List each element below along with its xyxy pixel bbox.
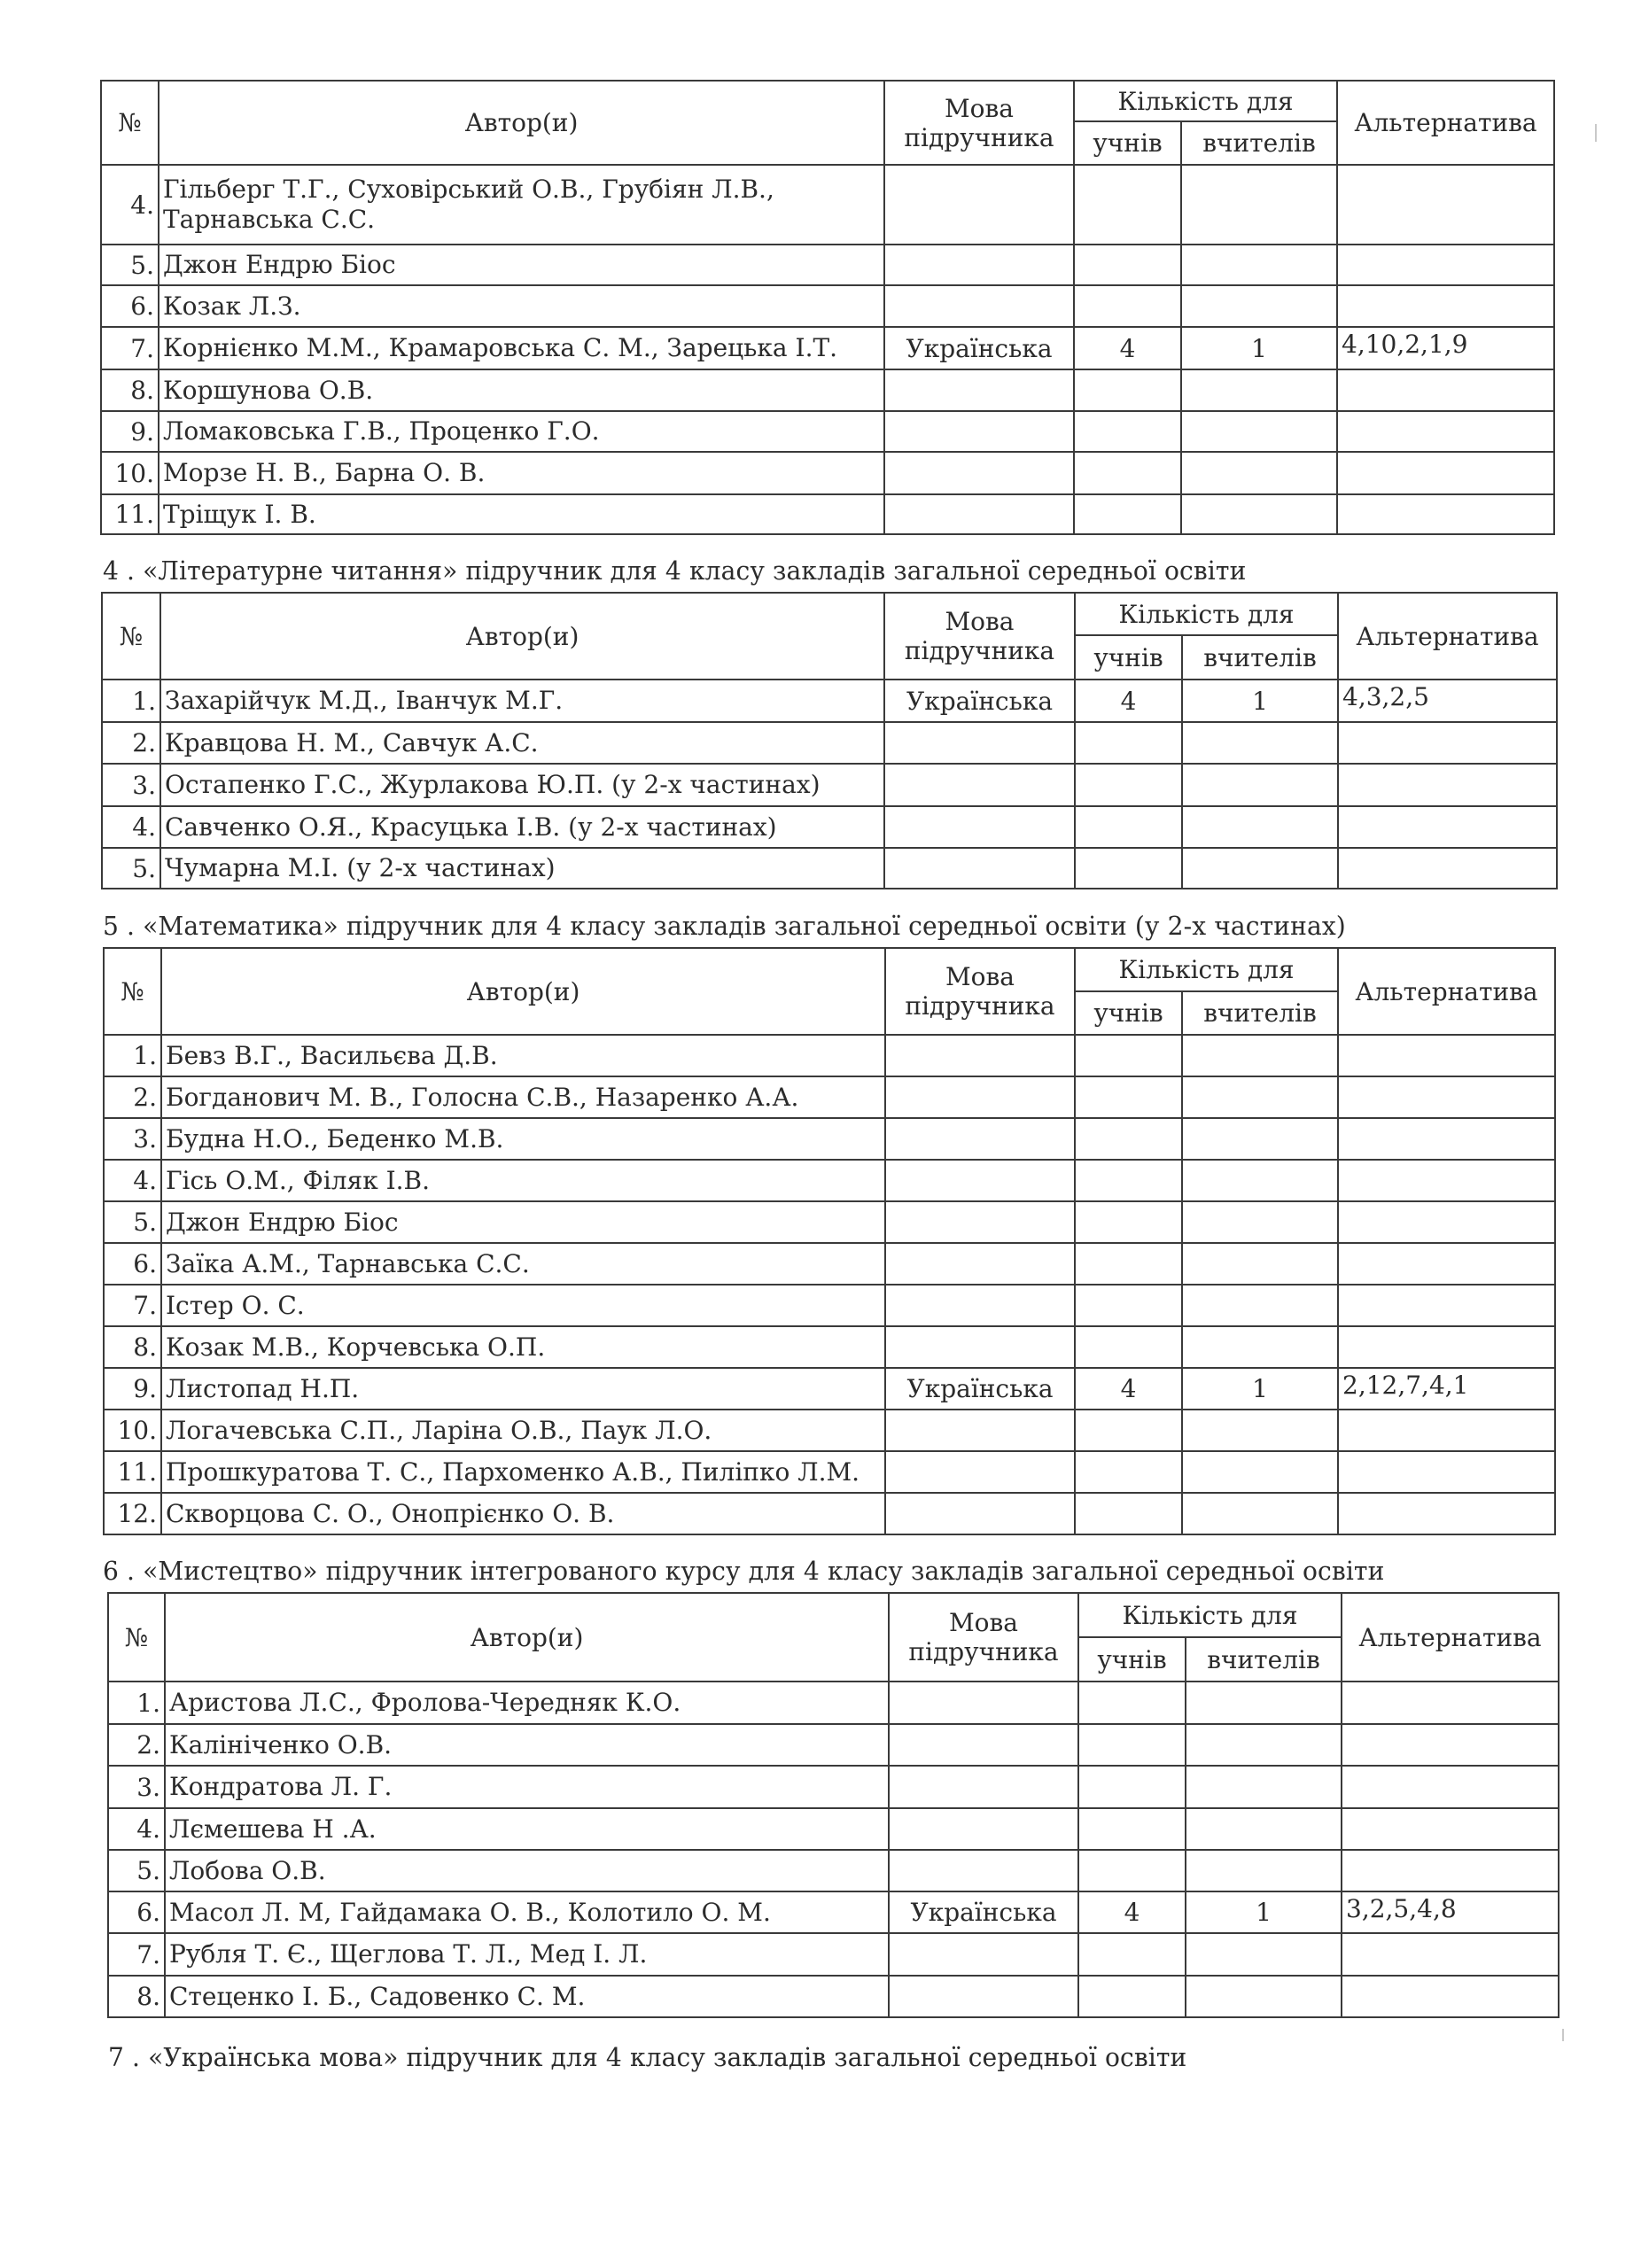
header-num: №	[104, 948, 161, 1035]
row-students-count	[1074, 245, 1181, 285]
row-authors: Тріщук І. В.	[159, 494, 884, 534]
row-language: Українська	[885, 1368, 1075, 1410]
row-language	[884, 764, 1075, 806]
header-students: учнів	[1075, 991, 1182, 1035]
row-teachers-count	[1186, 1808, 1342, 1850]
row-alternative	[1342, 1850, 1559, 1891]
row-students-count	[1075, 1285, 1182, 1326]
row-number: 4.	[104, 1160, 161, 1201]
header-quantity-for: Кількість для	[1078, 1593, 1342, 1637]
row-language	[889, 1976, 1078, 2017]
row-students-count	[1075, 848, 1182, 889]
row-authors: Лємешева Н .А.	[165, 1808, 889, 1850]
section-title-ukrainian-language: 7 . «Українська мова» підручник для 4 кл…	[108, 2042, 1186, 2072]
header-teachers: вчителів	[1182, 635, 1338, 680]
row-students-count: 4	[1078, 1891, 1186, 1933]
row-number: 3.	[108, 1766, 165, 1808]
row-teachers-count	[1181, 411, 1337, 452]
row-students-count	[1078, 1976, 1186, 2017]
row-alternative	[1338, 1243, 1555, 1285]
row-language	[889, 1808, 1078, 1850]
row-language: Українська	[884, 680, 1075, 722]
row-number: 11.	[101, 494, 159, 534]
row-language	[884, 369, 1074, 411]
table-row: 8.Стеценко І. Б., Садовенко С. М.	[108, 1976, 1559, 2017]
row-language	[884, 806, 1075, 848]
row-students-count	[1074, 494, 1181, 534]
header-num: №	[102, 593, 160, 680]
row-teachers-count	[1182, 1493, 1338, 1534]
header-authors: Автор(и)	[165, 1593, 889, 1682]
row-number: 4.	[108, 1808, 165, 1850]
row-teachers-count	[1182, 806, 1338, 848]
header-num: №	[108, 1593, 165, 1682]
table-row: 11.Тріщук І. В.	[101, 494, 1554, 534]
row-teachers-count	[1181, 245, 1337, 285]
row-authors: Джон Ендрю Біос	[159, 245, 884, 285]
row-language	[885, 1326, 1075, 1368]
row-language	[885, 1201, 1075, 1243]
header-quantity-for: Кількість для	[1074, 81, 1337, 121]
row-teachers-count	[1182, 1410, 1338, 1451]
row-alternative	[1337, 165, 1554, 245]
row-language	[884, 848, 1075, 889]
table-row: 10.Морзе Н. В., Барна О. В.	[101, 452, 1554, 494]
row-alternative	[1338, 764, 1557, 806]
row-number: 4.	[102, 806, 160, 848]
row-students-count	[1075, 1201, 1182, 1243]
row-alternative	[1338, 806, 1557, 848]
row-alternative	[1338, 1076, 1555, 1118]
header-authors: Автор(и)	[160, 593, 884, 680]
row-teachers-count	[1186, 1933, 1342, 1976]
row-students-count	[1075, 1493, 1182, 1534]
row-teachers-count: 1	[1181, 327, 1337, 369]
header-row: №Автор(и)Мова підручникаКількість дляАль…	[104, 948, 1555, 991]
table-row: 7.Рубля Т. Є., Щеглова Т. Л., Мед І. Л.	[108, 1933, 1559, 1976]
table-row: 2.Кравцова Н. М., Савчук А.С.	[102, 722, 1557, 764]
row-authors: Джон Ендрю Біос	[161, 1201, 885, 1243]
row-alternative: 4,10,2,1,9	[1337, 327, 1554, 369]
row-teachers-count	[1182, 848, 1338, 889]
table-row: 2.Калініченко О.В.	[108, 1724, 1559, 1766]
row-alternative	[1337, 369, 1554, 411]
row-authors: Савченко О.Я., Красуцька І.В. (у 2-х час…	[160, 806, 884, 848]
row-language	[885, 1118, 1075, 1160]
row-students-count	[1075, 1160, 1182, 1201]
row-teachers-count	[1186, 1724, 1342, 1766]
row-students-count	[1075, 1035, 1182, 1076]
header-num: №	[101, 81, 159, 165]
header-alternative: Альтернатива	[1338, 593, 1557, 680]
row-number: 9.	[101, 411, 159, 452]
row-alternative	[1337, 411, 1554, 452]
row-teachers-count	[1182, 1118, 1338, 1160]
row-students-count	[1074, 411, 1181, 452]
header-teachers: вчителів	[1181, 121, 1337, 165]
row-alternative	[1337, 452, 1554, 494]
table-row: 9.Листопад Н.П.Українська412,12,7,4,1	[104, 1368, 1555, 1410]
table-row: 5.Джон Ендрю Біос	[104, 1201, 1555, 1243]
row-alternative	[1338, 1285, 1555, 1326]
row-teachers-count	[1182, 1285, 1338, 1326]
row-students-count	[1075, 1118, 1182, 1160]
row-number: 8.	[108, 1976, 165, 2017]
section-title-literary-reading: 4 . «Літературне читання» підручник для …	[103, 555, 1246, 586]
row-students-count	[1078, 1933, 1186, 1976]
row-language	[884, 285, 1074, 327]
row-language	[884, 411, 1074, 452]
row-teachers-count	[1182, 764, 1338, 806]
row-number: 3.	[104, 1118, 161, 1160]
row-authors: Лобова О.В.	[165, 1850, 889, 1891]
row-authors: Істер О. С.	[161, 1285, 885, 1326]
table-row: 8.Козак М.В., Корчевська О.П.	[104, 1326, 1555, 1368]
textbook-table-literary-reading: №Автор(и)Мова підручникаКількість дляАль…	[101, 592, 1558, 889]
row-students-count: 4	[1074, 327, 1181, 369]
row-students-count	[1075, 1076, 1182, 1118]
row-language	[884, 722, 1075, 764]
table-row: 1.Захарійчук М.Д., Іванчук М.Г.Українськ…	[102, 680, 1557, 722]
row-authors: Корнієнко М.М., Крамаровська С. М., Заре…	[159, 327, 884, 369]
row-authors: Козак М.В., Корчевська О.П.	[161, 1326, 885, 1368]
row-students-count	[1078, 1724, 1186, 1766]
row-alternative: 3,2,5,4,8	[1342, 1891, 1559, 1933]
row-alternative	[1338, 1410, 1555, 1451]
row-alternative	[1338, 1160, 1555, 1201]
table-row: 10.Логачевська С.П., Ларіна О.В., Паук Л…	[104, 1410, 1555, 1451]
row-number: 7.	[108, 1933, 165, 1976]
table-row: 3.Будна Н.О., Беденко М.В.	[104, 1118, 1555, 1160]
row-language	[889, 1933, 1078, 1976]
header-row: №Автор(и)Мова підручникаКількість дляАль…	[101, 81, 1554, 121]
row-teachers-count	[1181, 285, 1337, 327]
header-language: Мова підручника	[884, 593, 1075, 680]
row-teachers-count	[1182, 1201, 1338, 1243]
row-students-count	[1075, 1451, 1182, 1493]
textbook-table-mathematics: №Автор(и)Мова підручникаКількість дляАль…	[103, 947, 1556, 1535]
header-language: Мова підручника	[885, 948, 1075, 1035]
header-row: №Автор(и)Мова підручникаКількість дляАль…	[102, 593, 1557, 635]
header-students: учнів	[1078, 1637, 1186, 1682]
header-students: учнів	[1075, 635, 1182, 680]
row-number: 2.	[102, 722, 160, 764]
row-number: 5.	[101, 245, 159, 285]
row-alternative	[1342, 1933, 1559, 1976]
row-number: 9.	[104, 1368, 161, 1410]
row-authors: Аристова Л.С., Фролова-Чередняк К.О.	[165, 1682, 889, 1724]
row-authors: Логачевська С.П., Ларіна О.В., Паук Л.О.	[161, 1410, 885, 1451]
row-number: 7.	[104, 1285, 161, 1326]
row-teachers-count	[1181, 369, 1337, 411]
row-number: 5.	[108, 1850, 165, 1891]
row-students-count	[1075, 1410, 1182, 1451]
row-alternative	[1342, 1682, 1559, 1724]
row-number: 10.	[104, 1410, 161, 1451]
table-row: 5.Чумарна М.І. (у 2-х частинах)	[102, 848, 1557, 889]
row-authors: Кравцова Н. М., Савчук А.С.	[160, 722, 884, 764]
table-row: 4.Лємешева Н .А.	[108, 1808, 1559, 1850]
header-quantity-for: Кількість для	[1075, 948, 1338, 991]
table-row: 3.Остапенко Г.С., Журлакова Ю.П. (у 2-х …	[102, 764, 1557, 806]
row-authors: Морзе Н. В., Барна О. В.	[159, 452, 884, 494]
row-number: 5.	[104, 1201, 161, 1243]
row-number: 5.	[102, 848, 160, 889]
header-authors: Автор(и)	[159, 81, 884, 165]
header-language: Мова підручника	[884, 81, 1074, 165]
header-students: учнів	[1074, 121, 1181, 165]
row-students-count	[1074, 369, 1181, 411]
row-language	[885, 1035, 1075, 1076]
row-number: 2.	[108, 1724, 165, 1766]
row-alternative	[1338, 722, 1557, 764]
textbook-table-continued: №Автор(и)Мова підручникаКількість дляАль…	[100, 80, 1555, 535]
row-language	[885, 1243, 1075, 1285]
table-row: 5.Джон Ендрю Біос	[101, 245, 1554, 285]
row-alternative	[1338, 1451, 1555, 1493]
row-number: 12.	[104, 1493, 161, 1534]
row-teachers-count: 1	[1182, 680, 1338, 722]
row-alternative	[1338, 1493, 1555, 1534]
row-language: Українська	[889, 1891, 1078, 1933]
textbook-table-art: №Автор(и)Мова підручникаКількість дляАль…	[107, 1592, 1560, 2018]
row-students-count	[1074, 452, 1181, 494]
table-row: 6.Масол Л. М, Гайдамака О. В., Колотило …	[108, 1891, 1559, 1933]
row-alternative	[1342, 1766, 1559, 1808]
row-language	[885, 1493, 1075, 1534]
row-number: 6.	[108, 1891, 165, 1933]
row-language	[889, 1850, 1078, 1891]
header-teachers: вчителів	[1186, 1637, 1342, 1682]
table-row: 3.Кондратова Л. Г.	[108, 1766, 1559, 1808]
row-number: 10.	[101, 452, 159, 494]
row-alternative	[1337, 285, 1554, 327]
row-number: 2.	[104, 1076, 161, 1118]
table-row: 1.Аристова Л.С., Фролова-Чередняк К.О.	[108, 1682, 1559, 1724]
row-alternative	[1338, 1326, 1555, 1368]
table-row: 4.Савченко О.Я., Красуцька І.В. (у 2-х ч…	[102, 806, 1557, 848]
row-authors: Чумарна М.І. (у 2-х частинах)	[160, 848, 884, 889]
table-row: 4.Гісь О.М., Філяк І.В.	[104, 1160, 1555, 1201]
row-authors: Кондратова Л. Г.	[165, 1766, 889, 1808]
row-alternative	[1337, 494, 1554, 534]
table-row: 6.Заїка А.М., Тарнавська С.С.	[104, 1243, 1555, 1285]
row-students-count	[1075, 722, 1182, 764]
row-alternative	[1338, 1118, 1555, 1160]
header-alternative: Альтернатива	[1338, 948, 1555, 1035]
row-students-count	[1074, 165, 1181, 245]
row-language	[889, 1682, 1078, 1724]
row-authors: Гісь О.М., Філяк І.В.	[161, 1160, 885, 1201]
row-alternative	[1337, 245, 1554, 285]
row-authors: Захарійчук М.Д., Іванчук М.Г.	[160, 680, 884, 722]
row-number: 1.	[102, 680, 160, 722]
row-authors: Листопад Н.П.	[161, 1368, 885, 1410]
row-language	[884, 452, 1074, 494]
table-row: 11.Прошкуратова Т. С., Пархоменко А.В., …	[104, 1451, 1555, 1493]
table-row: 8.Коршунова О.В.	[101, 369, 1554, 411]
row-language: Українська	[884, 327, 1074, 369]
row-students-count	[1075, 764, 1182, 806]
row-language	[884, 494, 1074, 534]
table-row: 12.Скворцова С. О., Онопрієнко О. В.	[104, 1493, 1555, 1534]
header-row: №Автор(и)Мова підручникаКількість дляАль…	[108, 1593, 1559, 1637]
header-teachers: вчителів	[1182, 991, 1338, 1035]
table-row: 7.Корнієнко М.М., Крамаровська С. М., За…	[101, 327, 1554, 369]
row-teachers-count	[1181, 165, 1337, 245]
row-number: 3.	[102, 764, 160, 806]
row-number: 1.	[108, 1682, 165, 1724]
scan-artifact	[1562, 2029, 1564, 2041]
row-teachers-count	[1182, 722, 1338, 764]
header-language: Мова підручника	[889, 1593, 1078, 1682]
row-alternative	[1338, 1035, 1555, 1076]
table-row: 5.Лобова О.В.	[108, 1850, 1559, 1891]
scan-artifact	[1595, 124, 1597, 142]
row-authors: Коршунова О.В.	[159, 369, 884, 411]
row-language	[884, 245, 1074, 285]
table-row: 4.Гільберг Т.Г., Суховірський О.В., Груб…	[101, 165, 1554, 245]
row-students-count	[1078, 1850, 1186, 1891]
table-row: 9.Ломаковська Г.В., Проценко Г.О.	[101, 411, 1554, 452]
row-students-count	[1078, 1682, 1186, 1724]
row-authors: Стеценко І. Б., Садовенко С. М.	[165, 1976, 889, 2017]
row-number: 11.	[104, 1451, 161, 1493]
row-teachers-count	[1186, 1682, 1342, 1724]
row-alternative	[1342, 1724, 1559, 1766]
row-authors: Заїка А.М., Тарнавська С.С.	[161, 1243, 885, 1285]
row-language	[885, 1410, 1075, 1451]
row-alternative	[1342, 1976, 1559, 2017]
row-teachers-count	[1181, 452, 1337, 494]
row-number: 1.	[104, 1035, 161, 1076]
row-number: 8.	[101, 369, 159, 411]
row-alternative	[1338, 1201, 1555, 1243]
row-teachers-count: 1	[1182, 1368, 1338, 1410]
row-authors: Бевз В.Г., Васильєва Д.В.	[161, 1035, 885, 1076]
row-authors: Масол Л. М, Гайдамака О. В., Колотило О.…	[165, 1891, 889, 1933]
row-authors: Козак Л.З.	[159, 285, 884, 327]
row-students-count	[1078, 1808, 1186, 1850]
row-authors: Гільберг Т.Г., Суховірський О.В., Грубія…	[159, 165, 884, 245]
row-language	[885, 1076, 1075, 1118]
row-language	[889, 1724, 1078, 1766]
row-number: 8.	[104, 1326, 161, 1368]
row-number: 7.	[101, 327, 159, 369]
row-teachers-count	[1182, 1035, 1338, 1076]
section-title-art: 6 . «Мистецтво» підручник інтегрованого …	[103, 1556, 1384, 1586]
row-teachers-count	[1181, 494, 1337, 534]
section-title-mathematics: 5 . «Математика» підручник для 4 класу з…	[103, 911, 1346, 941]
row-language	[885, 1451, 1075, 1493]
row-teachers-count	[1182, 1451, 1338, 1493]
row-language	[885, 1285, 1075, 1326]
table-row: 6.Козак Л.З.	[101, 285, 1554, 327]
row-teachers-count	[1182, 1243, 1338, 1285]
row-teachers-count	[1182, 1160, 1338, 1201]
row-authors: Прошкуратова Т. С., Пархоменко А.В., Пил…	[161, 1451, 885, 1493]
header-alternative: Альтернатива	[1337, 81, 1554, 165]
row-authors: Ломаковська Г.В., Проценко Г.О.	[159, 411, 884, 452]
row-number: 4.	[101, 165, 159, 245]
row-authors: Будна Н.О., Беденко М.В.	[161, 1118, 885, 1160]
row-authors: Остапенко Г.С., Журлакова Ю.П. (у 2-х ча…	[160, 764, 884, 806]
row-alternative	[1342, 1808, 1559, 1850]
row-authors: Скворцова С. О., Онопрієнко О. В.	[161, 1493, 885, 1534]
row-alternative: 2,12,7,4,1	[1338, 1368, 1555, 1410]
row-language	[884, 165, 1074, 245]
row-authors: Рубля Т. Є., Щеглова Т. Л., Мед І. Л.	[165, 1933, 889, 1976]
row-students-count	[1075, 1243, 1182, 1285]
row-students-count	[1075, 1326, 1182, 1368]
row-language	[885, 1160, 1075, 1201]
header-alternative: Альтернатива	[1342, 1593, 1559, 1682]
row-teachers-count	[1182, 1326, 1338, 1368]
row-authors: Богданович М. В., Голосна С.В., Назаренк…	[161, 1076, 885, 1118]
row-teachers-count: 1	[1186, 1891, 1342, 1933]
row-students-count	[1074, 285, 1181, 327]
row-students-count	[1075, 806, 1182, 848]
table-row: 7.Істер О. С.	[104, 1285, 1555, 1326]
row-number: 6.	[101, 285, 159, 327]
row-language	[889, 1766, 1078, 1808]
header-authors: Автор(и)	[161, 948, 885, 1035]
row-students-count: 4	[1075, 680, 1182, 722]
row-number: 6.	[104, 1243, 161, 1285]
row-teachers-count	[1186, 1766, 1342, 1808]
table-row: 2.Богданович М. В., Голосна С.В., Назаре…	[104, 1076, 1555, 1118]
row-teachers-count	[1186, 1850, 1342, 1891]
row-students-count	[1078, 1766, 1186, 1808]
row-alternative: 4,3,2,5	[1338, 680, 1557, 722]
table-row: 1.Бевз В.Г., Васильєва Д.В.	[104, 1035, 1555, 1076]
row-teachers-count	[1186, 1976, 1342, 2017]
header-quantity-for: Кількість для	[1075, 593, 1338, 635]
row-authors: Калініченко О.В.	[165, 1724, 889, 1766]
row-alternative	[1338, 848, 1557, 889]
row-students-count: 4	[1075, 1368, 1182, 1410]
row-teachers-count	[1182, 1076, 1338, 1118]
